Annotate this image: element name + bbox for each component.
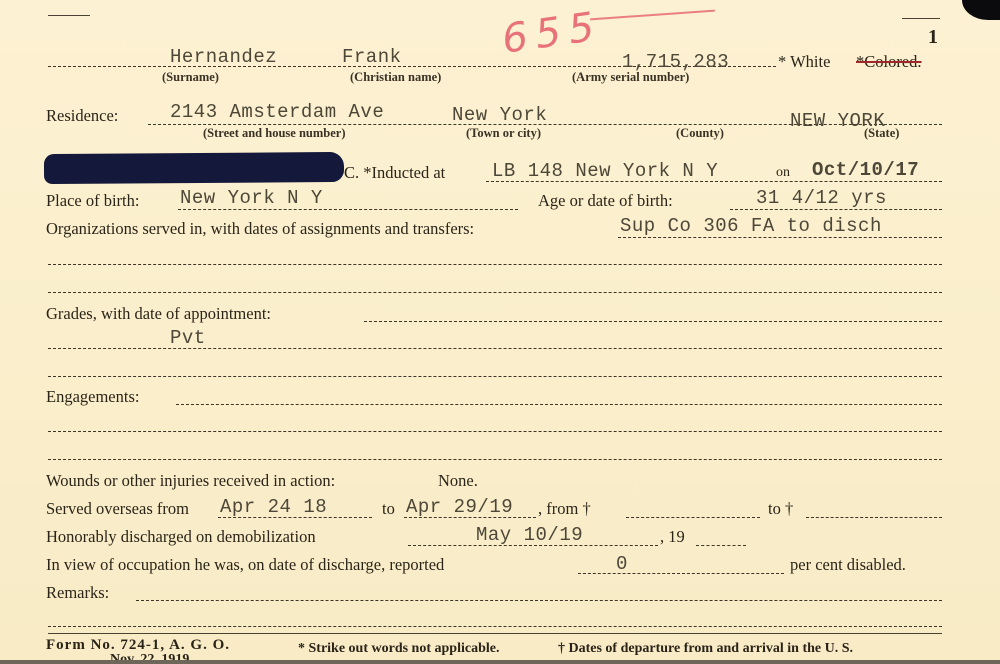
arrival-line (806, 517, 942, 518)
departure-line (626, 517, 760, 518)
dates-footnote: † Dates of departure from and arrival in… (558, 641, 853, 657)
race-colored-option: *Colored. (856, 52, 922, 72)
grades-line-3 (48, 376, 942, 377)
place-of-birth-value: New York N Y (180, 187, 323, 209)
christian-name-value: Frank (342, 46, 402, 68)
on-label: on (776, 165, 790, 181)
service-record-card: 1 655 Hernandez Frank 1,715,283 * White … (0, 0, 1000, 664)
surname-value: Hernandez (170, 46, 277, 68)
card-number: 1 (928, 26, 938, 49)
organizations-label: Organizations served in, with dates of a… (46, 219, 474, 239)
street-value: 2143 Amsterdam Ave (170, 101, 384, 123)
discharge-year-label: , 19 (660, 527, 685, 547)
birth-place-line (178, 209, 518, 210)
town-value: New York (452, 104, 547, 126)
wounds-label: Wounds or other injuries received in act… (46, 471, 335, 491)
engagements-line-3 (48, 459, 942, 460)
organizations-line-2 (48, 264, 942, 265)
torn-corner (962, 0, 1000, 20)
organizations-line-3 (48, 292, 942, 293)
street-caption: (Street and house number) (203, 126, 345, 141)
overseas-from-value: Apr 24 18 (220, 496, 327, 518)
disability-line (578, 573, 784, 574)
grade-value: Pvt (170, 327, 206, 349)
remarks-line-2 (48, 626, 942, 627)
scan-bottom-edge (0, 660, 1000, 664)
engagements-line-2 (48, 431, 942, 432)
red-pencil-annotation: 655 (499, 3, 605, 63)
disability-value: 0 (616, 553, 628, 575)
disability-label: In view of occupation he was, on date of… (46, 555, 444, 575)
age-value: 31 4/12 yrs (756, 187, 887, 209)
footer-rule (48, 633, 942, 634)
town-caption: (Town or city) (466, 126, 541, 141)
top-left-rule (48, 15, 90, 16)
state-caption: (State) (864, 126, 899, 141)
overseas-to-value: Apr 29/19 (406, 496, 513, 518)
surname-caption: (Surname) (162, 70, 219, 85)
county-caption: (County) (676, 126, 724, 141)
overseas-to-label: to (382, 499, 395, 519)
residence-label: Residence: (46, 106, 118, 126)
serial-number-caption: (Army serial number) (572, 70, 689, 85)
redaction-bar (44, 152, 344, 184)
age-line (730, 209, 942, 210)
remarks-line (136, 600, 942, 601)
engagements-label: Engagements: (46, 387, 139, 407)
discharge-year-line (696, 545, 746, 546)
served-overseas-label: Served overseas from (46, 499, 189, 519)
age-label: Age or date of birth: (538, 191, 673, 211)
induction-place-value: LB 148 New York N Y (492, 160, 718, 182)
remarks-label: Remarks: (46, 583, 109, 603)
top-right-rule (902, 18, 940, 19)
christian-name-caption: (Christian name) (350, 70, 441, 85)
wounds-value: None. (438, 471, 478, 491)
engagements-line (176, 404, 942, 405)
overseas-to2-label: to † (768, 499, 793, 519)
strike-out-note: * Strike out words not applicable. (298, 641, 499, 657)
organizations-value: Sup Co 306 FA to disch (620, 215, 882, 237)
organizations-line (618, 237, 942, 238)
place-of-birth-label: Place of birth: (46, 191, 139, 211)
overseas-from2-label: , from † (538, 499, 591, 519)
grades-label: Grades, with date of appointment: (46, 304, 271, 324)
discharged-label: Honorably discharged on demobilization (46, 527, 316, 547)
race-white-option: * White (778, 52, 830, 72)
induction-date-value: Oct/10/17 (812, 159, 919, 181)
grades-line (364, 321, 942, 322)
inducted-at-label: C. *Inducted at (344, 163, 445, 183)
disability-suffix: per cent disabled. (790, 555, 906, 575)
discharge-date-value: May 10/19 (476, 524, 583, 546)
red-pencil-stroke (590, 10, 715, 21)
